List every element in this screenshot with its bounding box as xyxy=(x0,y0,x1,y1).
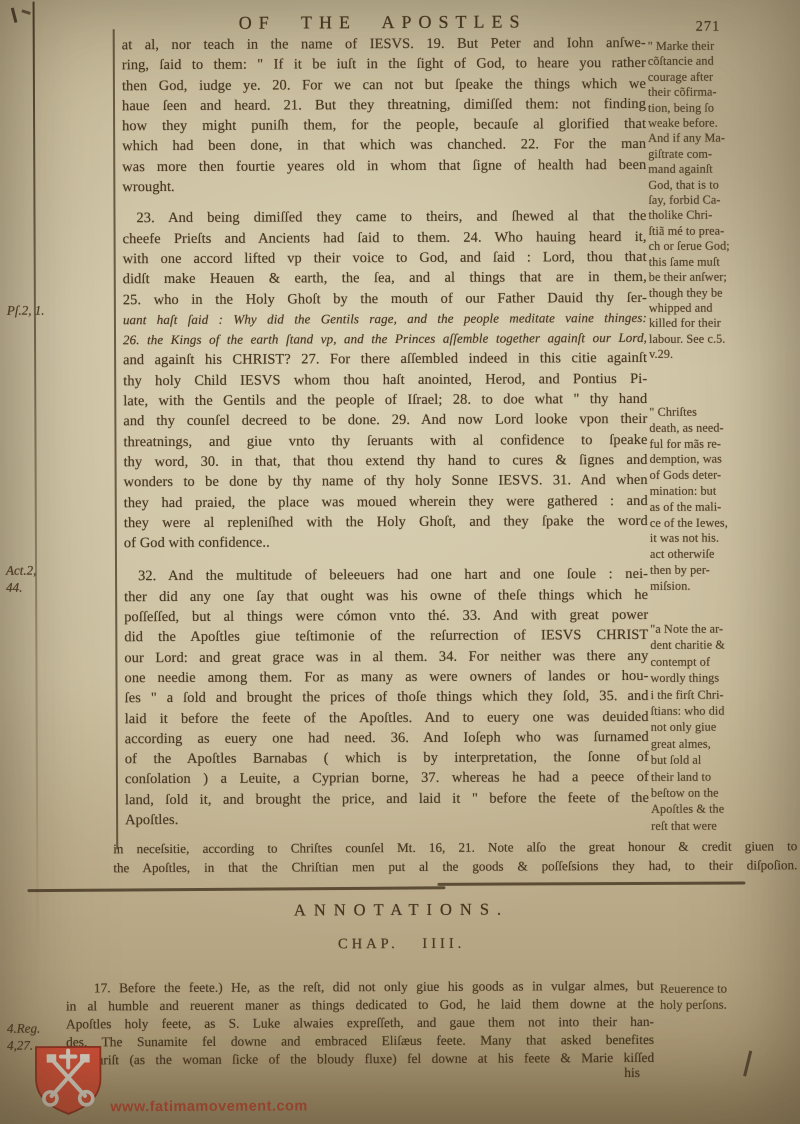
paragraph-verses-19-22: at al, nor teach in the name of IESVS. 1… xyxy=(122,33,647,198)
column-rule xyxy=(113,29,119,849)
text-line: with one accord lifted vp their voice to… xyxy=(123,247,647,270)
text-line: this ſame muſt xyxy=(649,254,795,270)
text-line: holy perſons. xyxy=(660,996,794,1013)
text-line: though they be xyxy=(649,285,795,301)
text-line: reſt that were xyxy=(651,817,797,834)
text-line: mand againſt xyxy=(648,162,794,178)
text-line: killed for their xyxy=(649,316,795,332)
text-line: Pſ.2, 1. xyxy=(7,302,45,319)
text-line: Apoſtles & the xyxy=(651,801,797,818)
text-line: labour. See c.5. xyxy=(649,331,795,347)
text-line: And if any Ma- xyxy=(648,131,794,147)
text-line: tholike Chri- xyxy=(648,208,794,224)
annotations-heading: ANNOTATIONS. xyxy=(101,899,701,922)
right-margin-note-constancie: " Marke theircõſtancie andcourage aftert… xyxy=(648,38,795,362)
text-line: v.29. xyxy=(649,346,795,362)
text-line: they were al repleniſhed with the Holy G… xyxy=(124,511,648,534)
text-line: poſſeſſed, but al things were cómon vnto… xyxy=(124,605,648,628)
page-content: OF THE APOSTLES 271 at al, nor teach in … xyxy=(0,0,800,1124)
main-text-column: at al, nor teach in the name of IESVS. 1… xyxy=(122,33,649,831)
annotation-margin-note: Reuerence toholy perſons. xyxy=(660,980,794,1013)
text-line: and againſt his CHRIST? 27. For there aſ… xyxy=(123,348,647,371)
ink-mark xyxy=(21,9,30,15)
text-line: of the Apoſtles Barnabas ( which is by i… xyxy=(125,747,649,770)
text-line: be their anſwer; xyxy=(649,269,795,285)
text-line: and thy counſel decreed to be done. 29. … xyxy=(123,409,647,432)
text-line: i the firſt Chri- xyxy=(651,686,797,703)
scanned-book-page: OF THE APOSTLES 271 at al, nor teach in … xyxy=(0,0,800,1124)
text-line: cõſtancie and xyxy=(648,54,794,70)
text-line: laid it before the feete of the Apoſtles… xyxy=(125,706,649,729)
text-line: it was not his. xyxy=(650,531,796,547)
text-line: ce of the Iewes, xyxy=(650,515,796,531)
text-line: mination: but xyxy=(650,483,796,499)
text-line: cheefe Prieſts and Ancients had ſaid to … xyxy=(123,227,647,250)
ink-slash-mark xyxy=(743,1051,752,1077)
footnote-continuation: in neceſsitie, according to Chriſtes cou… xyxy=(113,836,797,877)
text-line: " Marke their xyxy=(648,38,794,54)
text-line: did the Apoſtles giue teſtimonie of the … xyxy=(124,625,648,648)
text-line: act otherwiſe xyxy=(650,546,796,562)
text-line: wonders to be done by thy name of thy ho… xyxy=(124,470,648,493)
text-line: according as euery one had need. 36. And… xyxy=(125,727,649,750)
ink-mark xyxy=(11,8,18,23)
text-line: didſt make Heauen & earth, the ſea, and … xyxy=(123,267,647,290)
text-line: ther did any one ſay that ought was his … xyxy=(124,585,648,608)
page-number: 271 xyxy=(696,19,721,36)
text-line: late, with the Gentils and the people of… xyxy=(123,389,647,412)
text-line: thy word, 30. in that, that thou extend … xyxy=(124,450,648,473)
text-line: giſtrate com- xyxy=(648,146,794,162)
text-line: contempt of xyxy=(650,653,796,670)
text-line: ful for mãs re- xyxy=(649,436,795,452)
paragraph-verses-32-37: 32. And the multitude of beleeuers had o… xyxy=(124,564,649,830)
text-line: ſtiã mé to prea- xyxy=(649,223,795,239)
text-line: miſsion. xyxy=(650,578,796,594)
text-line: the Apoſtles, in that the Chriſtian men … xyxy=(113,855,797,877)
running-title: OF THE APOSTLES xyxy=(128,11,638,34)
left-margin-ref-acts: Act.2,44. xyxy=(6,562,36,596)
text-line: ch or ſerue God; xyxy=(649,239,795,255)
text-line: of Chriſt (as the woman ſicke of the blo… xyxy=(66,1049,654,1070)
text-line: then God, iudge ye. 20. For we can not b… xyxy=(122,74,646,97)
text-line: 25. who in the Holy Ghoſt by the mouth o… xyxy=(123,287,647,310)
text-line: not only giue xyxy=(651,719,797,736)
text-line: beſtow on the xyxy=(651,784,797,801)
text-line: God, that is to xyxy=(648,177,794,193)
text-line: ſay, forbid Ca- xyxy=(648,192,794,208)
text-line: but ſold al xyxy=(651,752,797,769)
text-line: Reuerence to xyxy=(660,980,794,997)
right-margin-note-charitie: "a Note the ar-dent charitie &contempt o… xyxy=(650,620,797,834)
text-line: thy holy Child IESVS whom thou haſt anoi… xyxy=(123,369,647,392)
text-line: demption, was xyxy=(650,452,796,468)
text-line: which had been done, in that which was c… xyxy=(122,134,646,157)
text-line: their cõfirma- xyxy=(648,84,794,100)
text-line: " Chriſtes xyxy=(649,404,795,420)
text-line: "a Note the ar- xyxy=(650,620,796,637)
watermark-url: www.fatimamovement.com xyxy=(110,1098,307,1115)
text-line: they had praied, the place was moued whe… xyxy=(124,490,648,513)
text-line: their land to xyxy=(651,768,797,785)
text-line: death, as need- xyxy=(649,420,795,436)
text-line: whipped and xyxy=(649,300,795,316)
text-line: land, ſold it, and brought the price, an… xyxy=(125,788,649,811)
text-line: 44. xyxy=(6,579,36,596)
text-line: 23. And being dimiſſed they came to thei… xyxy=(122,206,646,229)
text-line: 26. the Kings of the earth ſtand vp, and… xyxy=(123,328,647,351)
text-line: courage after xyxy=(648,69,794,85)
catchword: his xyxy=(624,1065,640,1081)
text-line: was more then fourtie yeares old in whom… xyxy=(122,155,646,178)
chapter-heading: CHAP. IIII. xyxy=(102,935,702,955)
text-line: of God with confidence.. xyxy=(124,531,648,554)
paragraph-verses-23-31: 23. And being dimiſſed they came to thei… xyxy=(122,206,648,553)
text-line: tion, being ſo xyxy=(648,100,794,116)
text-line: uant haſt ſaid : Why did the Gentils rag… xyxy=(123,308,647,331)
left-margin-ref-psalm: Pſ.2, 1. xyxy=(7,302,45,319)
text-line: Apoſtles. xyxy=(125,808,649,831)
page-edge-line xyxy=(33,2,39,950)
text-line: our Lord: and great grace was in al them… xyxy=(124,646,648,669)
papal-keys-shield-icon xyxy=(32,1043,104,1117)
right-margin-note-christes-death: " Chriſtesdeath, as need-ful for mãs re-… xyxy=(649,404,796,594)
text-line: great almes, xyxy=(651,735,797,752)
text-line: haue ſeen and heard. 21. But they threat… xyxy=(122,94,646,117)
text-line: as of the mali- xyxy=(650,499,796,515)
text-line: threatnings, and giue vnto thy ſeruants … xyxy=(123,430,647,453)
text-line: wrought. xyxy=(122,175,646,198)
text-line: ſes " a ſold and brought the prices of t… xyxy=(125,686,649,709)
text-line: of Gods deter- xyxy=(650,467,796,483)
text-line: Act.2, xyxy=(6,562,36,579)
text-line: weake before. xyxy=(648,115,794,131)
text-line: wordly things xyxy=(650,669,796,686)
text-line: one needie among them. For as many as we… xyxy=(124,666,648,689)
text-line: conſolation ) a Leuite, a Cyprian borne,… xyxy=(125,767,649,790)
text-line: at al, nor teach in the name of IESVS. 1… xyxy=(122,33,646,56)
text-line: dent charitie & xyxy=(650,637,796,654)
text-line: ſtians: who did xyxy=(651,702,797,719)
text-line: how they might puniſh them, for the peop… xyxy=(122,114,646,137)
text-line: 32. And the multitude of beleeuers had o… xyxy=(124,564,648,587)
text-line: then by per- xyxy=(650,562,796,578)
annotation-paragraph: 17. Before the feete.) He, as the reſt, … xyxy=(66,977,654,1070)
text-line: 4.Reg. xyxy=(7,1020,40,1037)
text-line: ring, ſaid to them: " If it be iuſt in t… xyxy=(122,53,646,76)
divider-rule xyxy=(27,886,445,891)
divider-rule xyxy=(437,881,745,885)
